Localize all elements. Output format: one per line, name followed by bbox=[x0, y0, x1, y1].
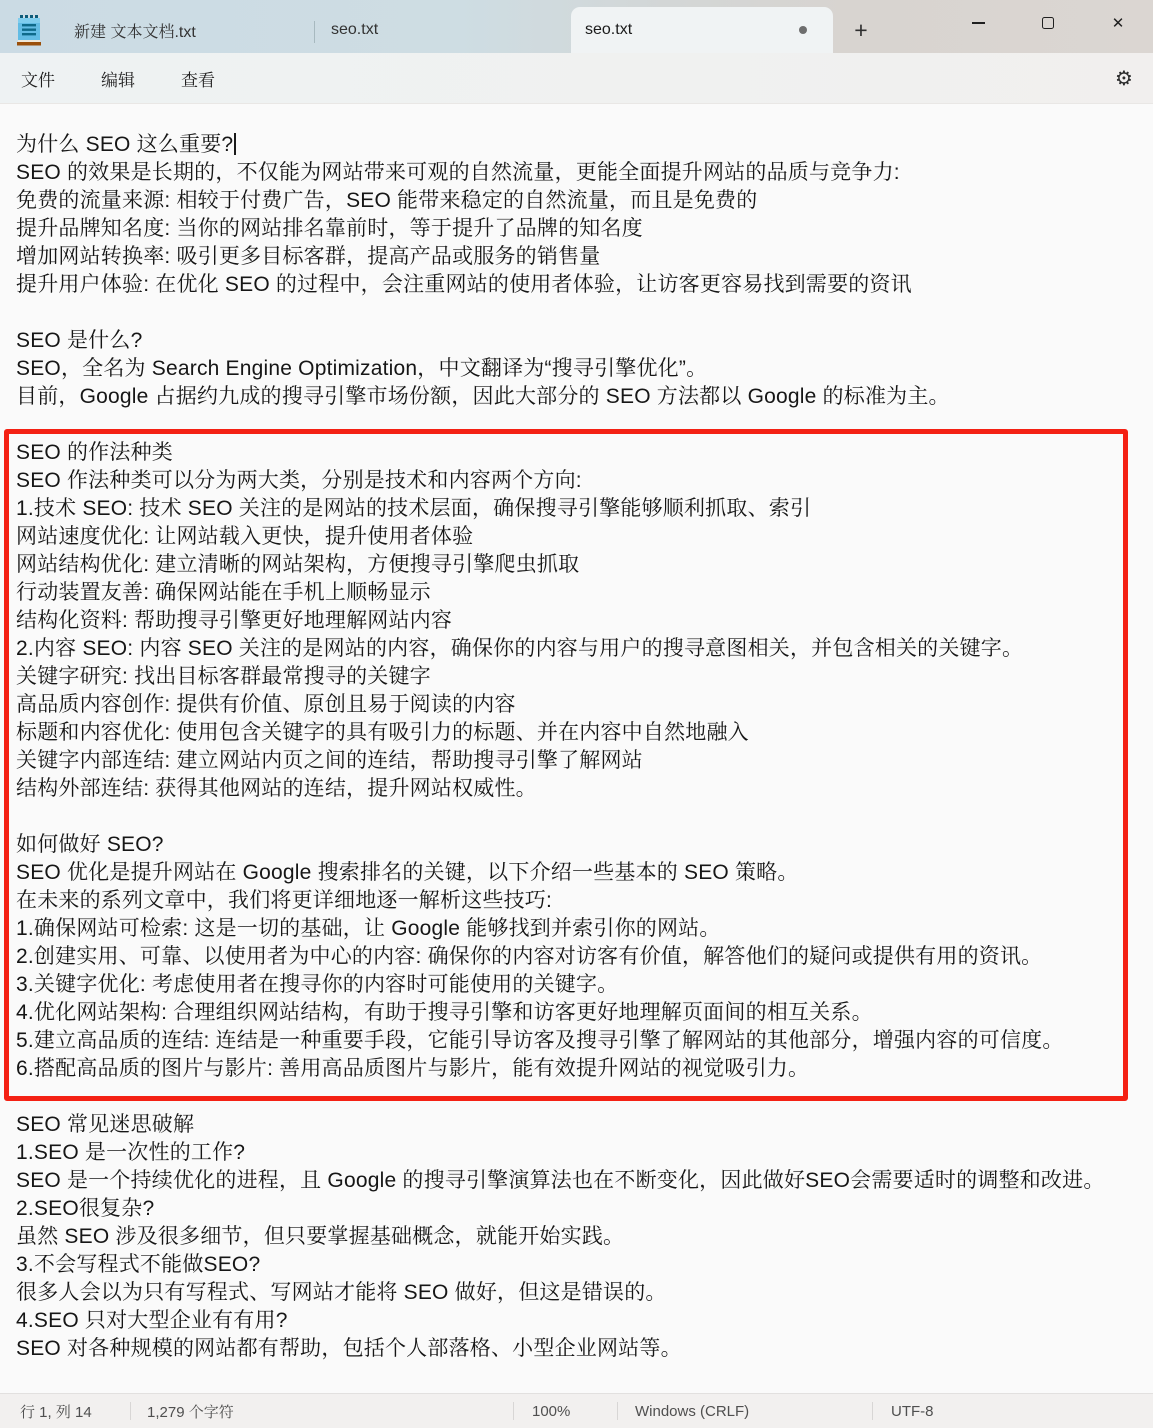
gear-icon: ⚙ bbox=[1115, 66, 1133, 91]
text-line[interactable] bbox=[16, 1083, 1147, 1111]
text-line[interactable]: 如何做好 SEO? bbox=[16, 831, 1147, 859]
text-line[interactable]: 高品质内容创作: 提供有价值、原创且易于阅读的内容 bbox=[16, 691, 1147, 719]
text-line[interactable]: 结构外部连结: 获得其他网站的连结，提升网站权威性。 bbox=[16, 775, 1147, 803]
notepad-app-icon bbox=[0, 7, 58, 53]
text-line[interactable]: 增加网站转换率: 吸引更多目标客群，提高产品或服务的销售量 bbox=[16, 243, 1147, 271]
tab-new-text-document[interactable]: 新建 文本文档.txt bbox=[58, 7, 314, 53]
maximize-button[interactable] bbox=[1013, 0, 1083, 46]
text-line[interactable]: 5.建立高品质的连结: 连结是一种重要手段，它能引导访客及搜寻引擎了解网站的其他… bbox=[16, 1027, 1147, 1055]
text-line[interactable]: 2.创建实用、可靠、以使用者为中心的内容: 确保你的内容对访客有价值，解答他们的… bbox=[16, 943, 1147, 971]
menu-view[interactable]: 查看 bbox=[168, 61, 228, 95]
unsaved-changes-dot-icon bbox=[799, 26, 807, 34]
zoom-level: 100% bbox=[514, 1394, 617, 1428]
line-ending: Windows (CRLF) bbox=[618, 1394, 872, 1428]
text-line[interactable]: 3.关键字优化: 考虑使用者在搜寻你的内容时可能使用的关键字。 bbox=[16, 971, 1147, 999]
text-line[interactable]: 标题和内容优化: 使用包含关键字的具有吸引力的标题、并在内容中自然地融入 bbox=[16, 719, 1147, 747]
text-line[interactable]: 3.不会写程式不能做SEO? bbox=[16, 1251, 1147, 1279]
text-line[interactable]: 4.SEO 只对大型企业有有用? bbox=[16, 1307, 1147, 1335]
tab-label: 新建 文本文档.txt bbox=[72, 19, 196, 42]
minimize-button[interactable] bbox=[943, 0, 1013, 46]
tab-seo-txt-active[interactable]: seo.txt bbox=[571, 7, 833, 53]
text-caret bbox=[234, 133, 236, 155]
menu-bar: 文件 编辑 查看 ⚙ bbox=[0, 53, 1153, 104]
new-tab-button[interactable]: + bbox=[841, 11, 881, 49]
editor-lines: 为什么 SEO 这么重要?SEO 的效果是长期的，不仅能为网站带来可观的自然流量… bbox=[16, 131, 1147, 1363]
tab-seo-txt[interactable]: seo.txt bbox=[315, 7, 571, 53]
text-line[interactable] bbox=[16, 411, 1147, 439]
tab-label: seo.txt bbox=[585, 21, 632, 39]
minimize-icon bbox=[972, 22, 985, 24]
menu-file[interactable]: 文件 bbox=[8, 61, 68, 95]
text-line[interactable]: 行动装置友善: 确保网站能在手机上顺畅显示 bbox=[16, 579, 1147, 607]
text-line[interactable]: 1.技术 SEO: 技术 SEO 关注的是网站的技术层面，确保搜寻引擎能够顺利抓… bbox=[16, 495, 1147, 523]
text-line[interactable]: 为什么 SEO 这么重要? bbox=[16, 131, 1147, 159]
window-title-bar[interactable]: 新建 文本文档.txt seo.txt seo.txt + ✕ bbox=[0, 0, 1153, 53]
text-line[interactable]: 关键字内部连结: 建立网站内页之间的连结，帮助搜寻引擎了解网站 bbox=[16, 747, 1147, 775]
text-line[interactable]: 关键字研究: 找出目标客群最常搜寻的关键字 bbox=[16, 663, 1147, 691]
text-editor[interactable]: 为什么 SEO 这么重要?SEO 的效果是长期的，不仅能为网站带来可观的自然流量… bbox=[0, 104, 1153, 1393]
cursor-position: 行 1, 列 14 bbox=[0, 1394, 130, 1428]
text-line[interactable]: SEO 的效果是长期的，不仅能为网站带来可观的自然流量，更能全面提升网站的品质与… bbox=[16, 159, 1147, 187]
text-line[interactable]: 网站结构优化: 建立清晰的网站架构，方便搜寻引擎爬虫抓取 bbox=[16, 551, 1147, 579]
maximize-icon bbox=[1042, 17, 1054, 29]
menu-edit[interactable]: 编辑 bbox=[88, 61, 148, 95]
text-line[interactable]: SEO 优化是提升网站在 Google 搜索排名的关键，以下介绍一些基本的 SE… bbox=[16, 859, 1147, 887]
text-line[interactable]: 6.搭配高品质的图片与影片: 善用高品质图片与影片，能有效提升网站的视觉吸引力。 bbox=[16, 1055, 1147, 1083]
encoding: UTF-8 bbox=[873, 1394, 1013, 1428]
character-count: 1,279 个字符 bbox=[131, 1394, 234, 1428]
close-icon: ✕ bbox=[1112, 16, 1125, 31]
text-line[interactable]: 1.SEO 是一次性的工作? bbox=[16, 1139, 1147, 1167]
notepad-icon bbox=[13, 13, 45, 47]
text-line[interactable]: 目前，Google 占据约九成的搜寻引擎市场份额，因此大部分的 SEO 方法都以… bbox=[16, 383, 1147, 411]
text-line[interactable]: 很多人会以为只有写程式、写网站才能将 SEO 做好，但这是错误的。 bbox=[16, 1279, 1147, 1307]
text-line[interactable]: 2.SEO很复杂? bbox=[16, 1195, 1147, 1223]
text-line[interactable]: 免费的流量来源: 相较于付费广告，SEO 能带来稳定的自然流量，而且是免费的 bbox=[16, 187, 1147, 215]
text-line[interactable]: 网站速度优化: 让网站载入更快，提升使用者体验 bbox=[16, 523, 1147, 551]
text-line[interactable]: 结构化资料: 帮助搜寻引擎更好地理解网站内容 bbox=[16, 607, 1147, 635]
text-line[interactable] bbox=[16, 803, 1147, 831]
status-bar: 行 1, 列 14 1,279 个字符 100% Windows (CRLF) … bbox=[0, 1393, 1153, 1428]
text-line[interactable]: 1.确保网站可检索: 这是一切的基础，让 Google 能够找到并索引你的网站。 bbox=[16, 915, 1147, 943]
close-button[interactable]: ✕ bbox=[1083, 0, 1153, 46]
notepad-window: 新建 文本文档.txt seo.txt seo.txt + ✕ 文件 编辑 查看 bbox=[0, 0, 1153, 1428]
text-line[interactable]: SEO 常见迷思破解 bbox=[16, 1111, 1147, 1139]
window-controls: ✕ bbox=[943, 0, 1153, 48]
text-line[interactable]: 虽然 SEO 涉及很多细节，但只要掌握基础概念，就能开始实践。 bbox=[16, 1223, 1147, 1251]
text-line[interactable] bbox=[16, 299, 1147, 327]
settings-button[interactable]: ⚙ bbox=[1105, 60, 1143, 96]
text-line[interactable]: SEO，全名为 Search Engine Optimization，中文翻译为… bbox=[16, 355, 1147, 383]
text-line[interactable]: SEO 是一个持续优化的进程，且 Google 的搜寻引擎演算法也在不断变化，因… bbox=[16, 1167, 1147, 1195]
text-line[interactable]: 提升用户体验: 在优化 SEO 的过程中，会注重网站的使用者体验，让访客更容易找… bbox=[16, 271, 1147, 299]
text-line[interactable]: 2.内容 SEO: 内容 SEO 关注的是网站的内容，确保你的内容与用户的搜寻意… bbox=[16, 635, 1147, 663]
tab-label: seo.txt bbox=[329, 21, 378, 39]
text-line[interactable]: SEO 作法种类可以分为两大类，分别是技术和内容两个方向: bbox=[16, 467, 1147, 495]
text-line[interactable]: 4.优化网站架构: 合理组织网站结构，有助于搜寻引擎和访客更好地理解页面间的相互… bbox=[16, 999, 1147, 1027]
text-line[interactable]: SEO 对各种规模的网站都有帮助，包括个人部落格、小型企业网站等。 bbox=[16, 1335, 1147, 1363]
text-line[interactable]: 提升品牌知名度: 当你的网站排名靠前时，等于提升了品牌的知名度 bbox=[16, 215, 1147, 243]
text-line[interactable]: 在未来的系列文章中，我们将更详细地逐一解析这些技巧: bbox=[16, 887, 1147, 915]
text-line[interactable]: SEO 是什么? bbox=[16, 327, 1147, 355]
text-line[interactable]: SEO 的作法种类 bbox=[16, 439, 1147, 467]
